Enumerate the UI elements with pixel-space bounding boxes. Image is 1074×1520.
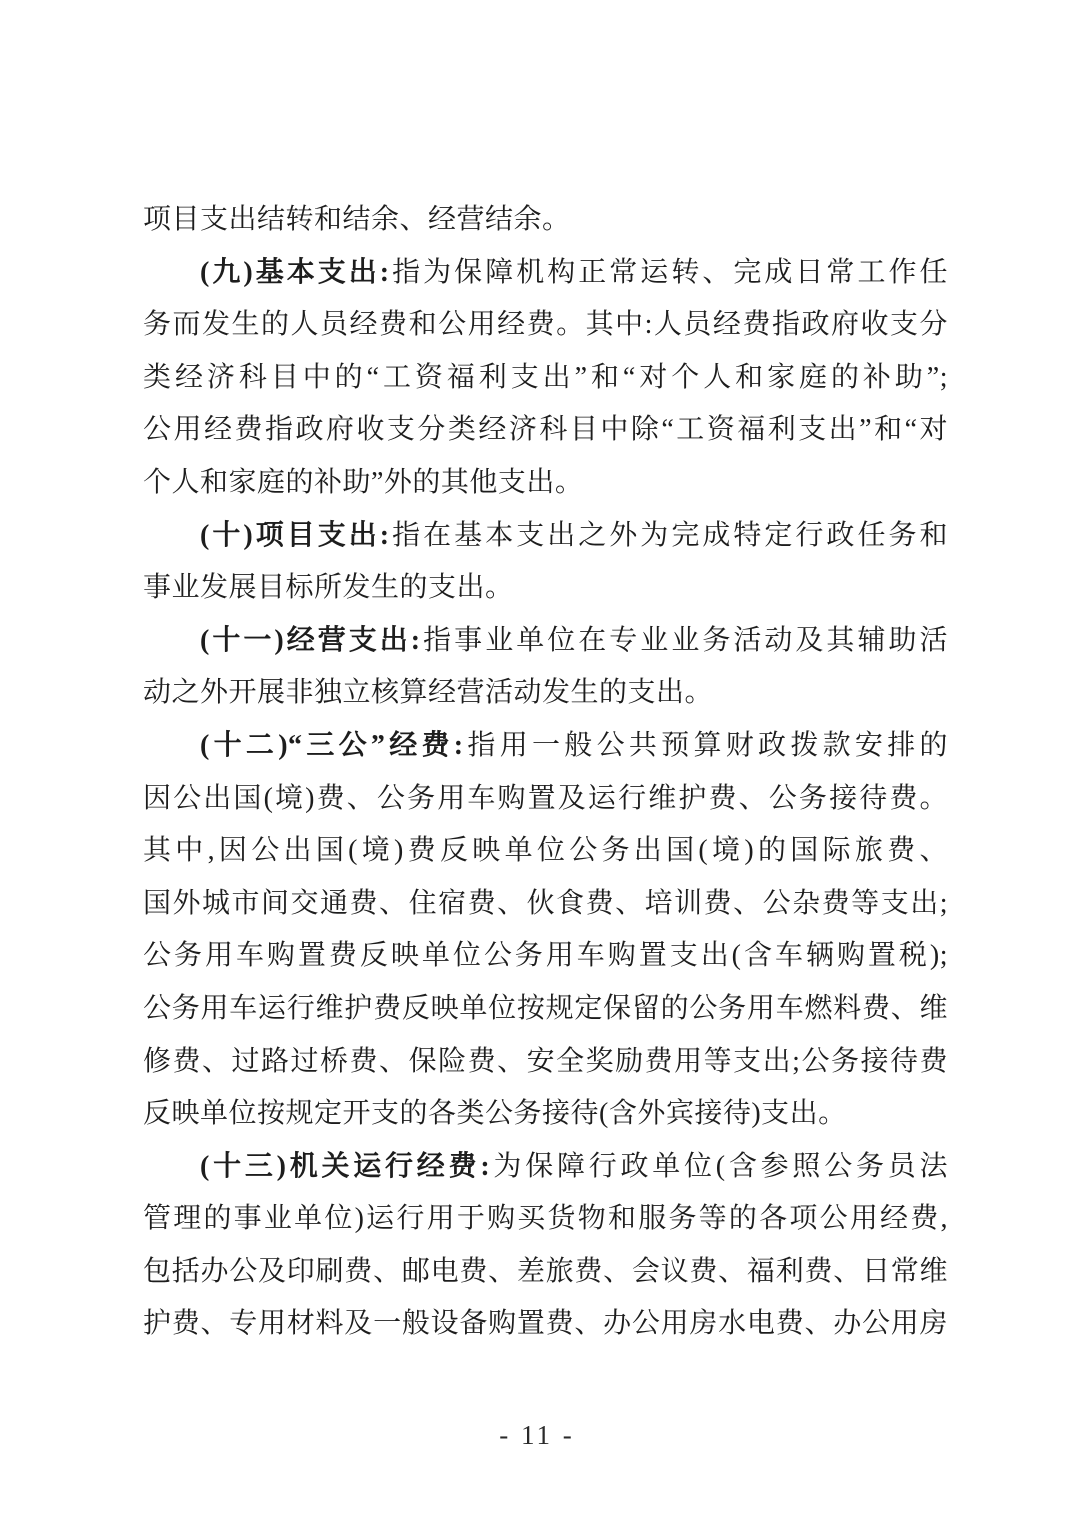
paragraph-text: 公用经费指政府收支分类经济科目中除“工资福利支出”和“对	[143, 414, 948, 445]
paragraph-text: 国外城市间交通费、住宿费、伙食费、培训费、公杂费等支出;	[143, 888, 948, 919]
paragraph-text: 指为保障机构正常运转、完成日常工作任	[390, 257, 948, 288]
text-line: 护费、专用材料及一般设备购置费、办公用房水电费、办公用房	[143, 1298, 948, 1351]
paragraph-text: 其中,因公出国(境)费反映单位公务出国(境)的国际旅费、	[143, 835, 948, 866]
text-line: 类经济科目中的“工资福利支出”和“对个人和家庭的补助”;	[143, 352, 948, 405]
document-page: 项目支出结转和结余、经营结余。(九)基本支出:指为保障机构正常运转、完成日常工作…	[0, 0, 1074, 1520]
text-block: 项目支出结转和结余、经营结余。(九)基本支出:指为保障机构正常运转、完成日常工作…	[143, 194, 948, 1351]
paragraph-text: 包括办公及印刷费、邮电费、差旅费、会议费、福利费、日常维	[143, 1256, 948, 1287]
text-line: 务而发生的人员经费和公用经费。其中:人员经费指政府收支分	[143, 299, 948, 352]
paragraph-text: 指用一般公共预算财政拨款安排的	[464, 730, 948, 761]
paragraph-heading: (十)项目支出:	[200, 520, 390, 551]
paragraph-text: 公务用车购置费反映单位公务用车购置支出(含车辆购置税);	[143, 940, 948, 971]
text-line: 项目支出结转和结余、经营结余。	[143, 194, 948, 247]
text-line: 修费、过路过桥费、保险费、安全奖励费用等支出;公务接待费	[143, 1036, 948, 1089]
text-line: 管理的事业单位)运行用于购买货物和服务等的各项公用经费,	[143, 1193, 948, 1246]
paragraph-heading: (十三)机关运行经费:	[200, 1151, 490, 1182]
page-number: - 11 -	[0, 1420, 1074, 1451]
paragraph-text: 事业发展目标所发生的支出。	[143, 572, 514, 603]
text-line: 公务用车运行维护费反映单位按规定保留的公务用车燃料费、维	[143, 983, 948, 1036]
paragraph-text: 公务用车运行维护费反映单位按规定保留的公务用车燃料费、维	[143, 993, 948, 1024]
paragraph-heading: (十一)经营支出:	[200, 625, 421, 656]
paragraph-text: 反映单位按规定开支的各类公务接待(含外宾接待)支出。	[143, 1098, 847, 1129]
paragraph-text: 护费、专用材料及一般设备购置费、办公用房水电费、办公用房	[143, 1308, 948, 1339]
text-line: (十三)机关运行经费:为保障行政单位(含参照公务员法	[143, 1141, 948, 1194]
paragraph-heading: (十二)“三公”经费:	[200, 730, 464, 761]
paragraph-text: 个人和家庭的补助”外的其他支出。	[143, 467, 583, 498]
paragraph-text: 为保障行政单位(含参照公务员法	[490, 1151, 948, 1182]
paragraph-text: 项目支出结转和结余、经营结余。	[143, 204, 571, 235]
paragraph-text: 动之外开展非独立核算经营活动发生的支出。	[143, 677, 713, 708]
paragraph-text: 修费、过路过桥费、保险费、安全奖励费用等支出;公务接待费	[143, 1046, 948, 1077]
text-line: 公务用车购置费反映单位公务用车购置支出(含车辆购置税);	[143, 930, 948, 983]
text-line: 包括办公及印刷费、邮电费、差旅费、会议费、福利费、日常维	[143, 1246, 948, 1299]
text-line: 因公出国(境)费、公务用车购置及运行维护费、公务接待费。	[143, 773, 948, 826]
text-line: 其中,因公出国(境)费反映单位公务出国(境)的国际旅费、	[143, 825, 948, 878]
text-line: (九)基本支出:指为保障机构正常运转、完成日常工作任	[143, 247, 948, 300]
paragraph-text: 指事业单位在专业业务活动及其辅助活	[421, 625, 948, 656]
text-line: 事业发展目标所发生的支出。	[143, 562, 948, 615]
paragraph-text: 指在基本支出之外为完成特定行政任务和	[390, 520, 948, 551]
paragraph-text: 类经济科目中的“工资福利支出”和“对个人和家庭的补助”;	[143, 362, 948, 393]
paragraph-text: 管理的事业单位)运行用于购买货物和服务等的各项公用经费,	[143, 1203, 948, 1234]
paragraph-text: 因公出国(境)费、公务用车购置及运行维护费、公务接待费。	[143, 783, 948, 814]
text-line: (十)项目支出:指在基本支出之外为完成特定行政任务和	[143, 510, 948, 563]
text-line: 个人和家庭的补助”外的其他支出。	[143, 457, 948, 510]
text-line: 动之外开展非独立核算经营活动发生的支出。	[143, 667, 948, 720]
text-line: 反映单位按规定开支的各类公务接待(含外宾接待)支出。	[143, 1088, 948, 1141]
paragraph-heading: (九)基本支出:	[200, 257, 390, 288]
text-line: (十一)经营支出:指事业单位在专业业务活动及其辅助活	[143, 615, 948, 668]
text-line: (十二)“三公”经费:指用一般公共预算财政拨款安排的	[143, 720, 948, 773]
text-line: 公用经费指政府收支分类经济科目中除“工资福利支出”和“对	[143, 404, 948, 457]
text-line: 国外城市间交通费、住宿费、伙食费、培训费、公杂费等支出;	[143, 878, 948, 931]
paragraph-text: 务而发生的人员经费和公用经费。其中:人员经费指政府收支分	[143, 309, 948, 340]
